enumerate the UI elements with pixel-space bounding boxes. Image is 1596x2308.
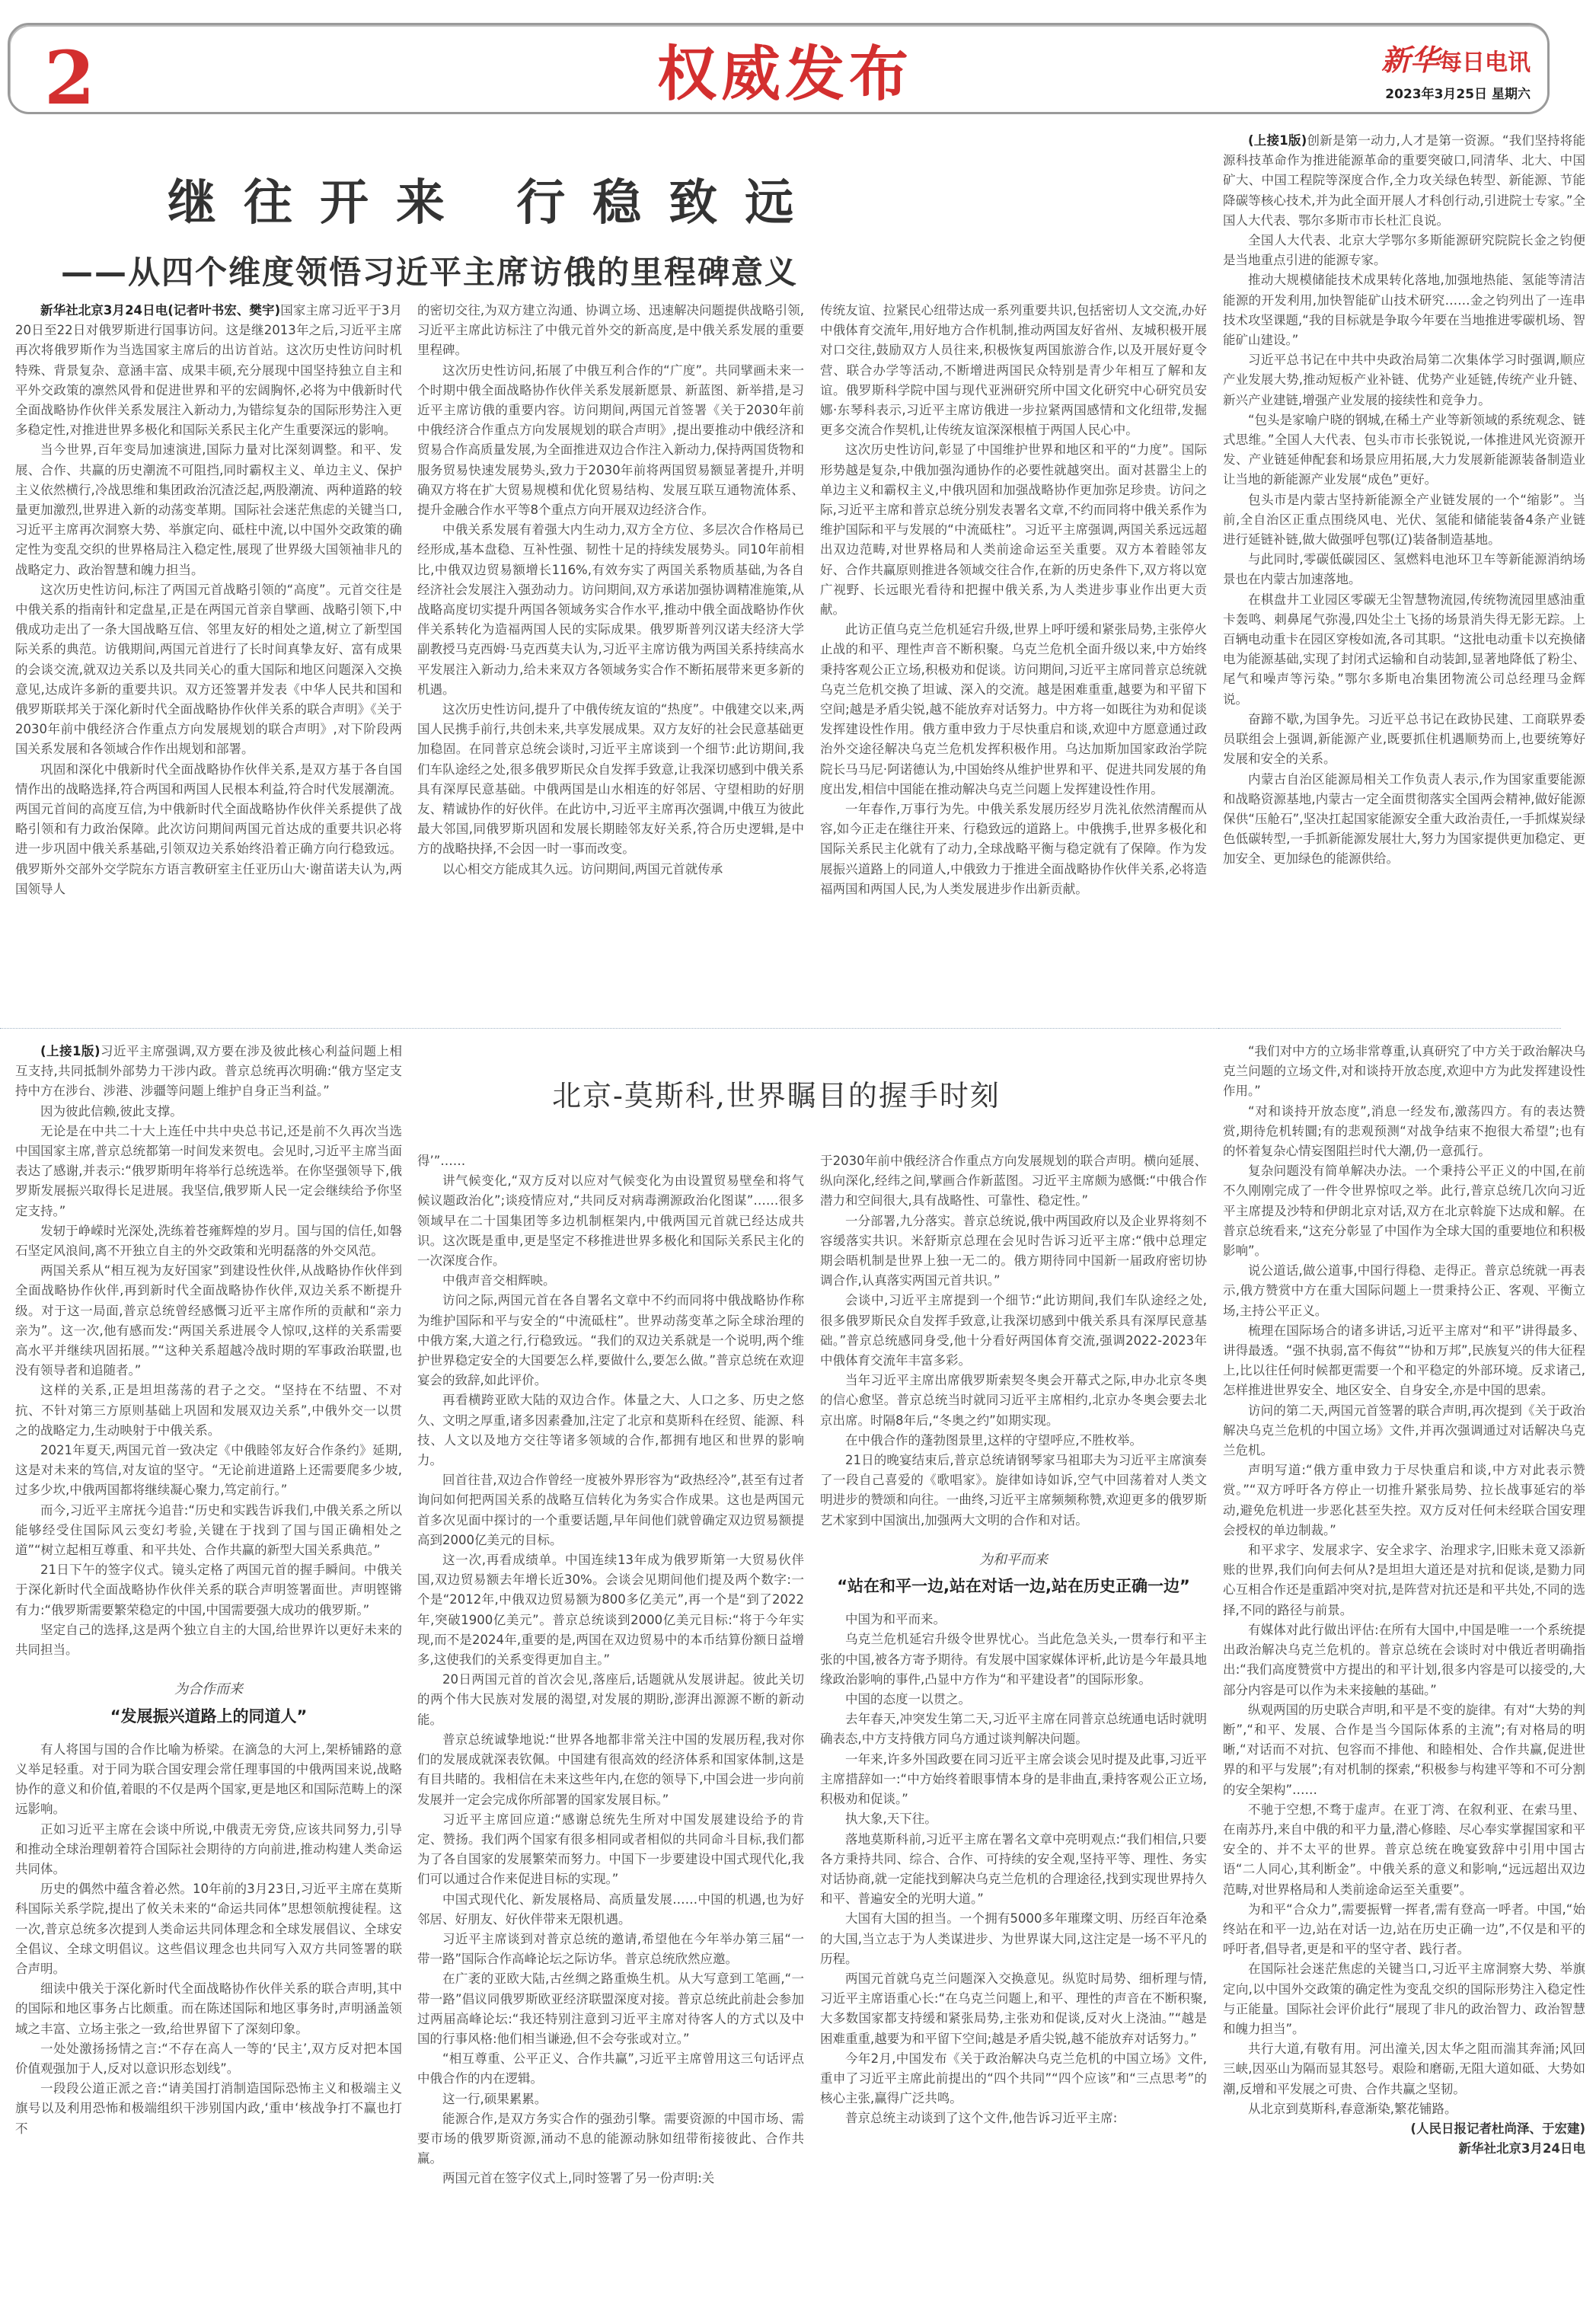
paragraph: 无论是在中共二十大上连任中共中央总书记,还是前不久再次当选中国国家主席,普京总统… <box>15 1122 402 1221</box>
reporter-byline: (人民日报记者杜尚泽、于宏建) <box>1223 2119 1585 2139</box>
paragraph: 两国关系从“相互视为友好国家”到建设性伙伴,从战略协作伙伴到全面战略协作伙伴,再… <box>15 1261 402 1381</box>
paragraph: 正如习近平主席在会谈中所说,中俄责无旁贷,应该共同努力,引导和推动全球治理朝着符… <box>15 1820 402 1880</box>
paragraph: 发轫于峥嵘时光深处,洗练着苍雍辉煌的岁月。国与国的信任,如磐石坚定风浪间,离不开… <box>15 1221 402 1261</box>
paragraph: 此访正值乌克兰危机延宕升级,世界上呼吁缓和紧张局势,主张停火止战的和平、理性声音… <box>820 620 1207 800</box>
section-kicker: 为合作而来 <box>15 1680 402 1700</box>
paragraph: 执大象,天下往。 <box>820 1809 1207 1829</box>
dateline-footer: 新华社北京3月24日电 <box>1223 2139 1585 2159</box>
paragraph: 21日的晚宴结束后,普京总统请钢琴家马祖耶夫为习近平主席演奏了一段自己喜爱的《歌… <box>820 1451 1207 1531</box>
paragraph: 得’”…… <box>417 1151 804 1171</box>
story2-column-2: 得’”…… 讲气候变化,“双方反对以应对气候变化为由设置贸易壁垒和将气候议题政治… <box>417 1151 804 2301</box>
brand-sub: 每日电讯 <box>1439 49 1531 76</box>
paragraph: 能源合作,是双方务实合作的强劲引擎。需要资源的中国市场、需要市场的俄罗斯资源,涌… <box>417 2109 804 2169</box>
section-divider <box>0 1028 1218 1029</box>
paragraph: 细读中俄关于深化新时代全面战略协作伙伴关系的联合声明,其中的国际和地区事务占比颇… <box>15 1979 402 2039</box>
paragraph: 有媒体对此行做出评估:在所有大国中,中国是唯一一个系统提出政治解决乌克兰危机的。… <box>1223 1620 1585 1700</box>
masthead: 2 权威发布 新华每日电讯 2023年3月25日 星期六 <box>8 23 1550 114</box>
section-kicker: 为和平而来 <box>820 1550 1207 1570</box>
paragraph: 乌克兰危机延宕升级令世界忧心。当此危急关头,一贯奉行和平主张的中国,被各方寄予期… <box>820 1630 1207 1690</box>
paragraph: 中俄关系发展有着强大内生动力,双方全方位、多层次合作格局已经形成,基本盘稳、互补… <box>417 520 804 700</box>
paragraph: 讲气候变化,“双方反对以应对气候变化为由设置贸易壁垒和将气候议题政治化”;谈疫情… <box>417 1171 804 1271</box>
paragraph: 因为彼此信赖,彼此支撑。 <box>15 1102 402 1122</box>
paragraph: 传统友谊、拉紧民心纽带达成一系列重要共识,包括密切人文交流,办好中俄体育交流年,… <box>820 301 1207 440</box>
paragraph: 21日下午的签字仪式。镜头定格了两国元首的握手瞬间。中俄关于深化新时代全面战略协… <box>15 1560 402 1620</box>
story2-headline: 北京-莫斯科,世界瞩目的握手时刻 <box>552 1072 1001 1114</box>
paragraph: 在广袤的亚欧大陆,古丝绸之路重焕生机。从大写意到工笔画,“一带一路”倡议同俄罗斯… <box>417 1969 804 2049</box>
paragraph: 一段段公道正派之音:“请美国打消制造国际恐怖主义和极端主义旗号以及利用恐怖和极端… <box>15 2079 402 2139</box>
paragraph: 而今,习近平主席抚今追昔:“历史和实践告诉我们,中俄关系之所以能够经受住国际风云… <box>15 1501 402 1561</box>
paragraph: 有人将国与国的合作比喻为桥梁。在滴急的大河上,架桥铺路的意义举足轻重。对于同为联… <box>15 1740 402 1820</box>
paragraph: 这一次,再看成绩单。中国连续13年成为俄罗斯第一大贸易伙伴国,双边贸易额去年增长… <box>417 1550 804 1670</box>
section-subhead: “站在和平一边,站在对话一边,站在历史正确一边” <box>820 1576 1207 1596</box>
story1-column-1: 新华社北京3月24日电(记者叶书宏、樊宇)国家主席习近平于3月20日至22日对俄… <box>15 301 402 998</box>
brand-main: 新华 <box>1381 43 1439 77</box>
paragraph: 落地莫斯科前,习近平主席在署名文章中亮明观点:“我们相信,只要各方秉持共同、综合… <box>820 1830 1207 1910</box>
paragraph: 一年春作,万事行为先。中俄关系发展历经岁月洗礼依然清醒而从容,如今正走在继往开来… <box>820 800 1207 899</box>
paragraph: 一分部署,九分落实。普京总统说,俄中两国政府以及企业界将刻不容缓落实共识。米舒斯… <box>820 1211 1207 1291</box>
dateline: 新华社北京3月24日电(记者叶书宏、樊宇) <box>40 303 280 318</box>
paragraph: 这一行,硕果累累。 <box>417 2089 804 2109</box>
paragraph: 历史的偶然中蕴含着必然。10年前的3月23日,习近平主席在莫斯科国际关系学院,提… <box>15 1879 402 1979</box>
brand-block: 新华每日电讯 2023年3月25日 星期六 <box>1381 37 1531 102</box>
paragraph: 在棋盘井工业园区零碳无尘智慧物流园,传统物流园里感油重卡轰鸣、刺鼻尾气弥漫,四处… <box>1223 590 1585 710</box>
paragraph: 共行大道,有敬有用。河出潼关,因太华之阻而湍其奔涌;风回三峡,因巫山为隔而显其怒… <box>1223 2039 1585 2099</box>
paragraph: 2021年夏天,两国元首一致决定《中俄睦邻友好合作条约》延期,这是对未来的笃信,… <box>15 1441 402 1501</box>
paragraph: 国家主席习近平于3月20日至22日对俄罗斯进行国事访问。这是继2013年之后,习… <box>15 303 402 437</box>
paragraph: “包头是家喻户晓的钢城,在稀土产业等新领域的系统观念、链式思维。”全国人大代表、… <box>1223 410 1585 490</box>
paragraph: 两国元首在签字仪式上,同时签署了另一份声明:关 <box>417 2169 804 2188</box>
paragraph: 中国的态度一以贯之。 <box>820 1690 1207 1709</box>
paragraph: 全国人大代表、北京大学鄂尔多斯能源研究院院长金之钧便是当地重点引进的能源专家。 <box>1223 231 1585 270</box>
paragraph: 会谈中,习近平主席提到一个细节:“此访期间,我们车队途经之处,很多俄罗斯民众自发… <box>820 1291 1207 1371</box>
paragraph: 在国际社会迷茫焦虑的关键当口,习近平主席洞察大势、举旗定向,以中国外交政策的确定… <box>1223 1959 1585 2039</box>
paragraph: 以心相交方能成其久远。访问期间,两国元首就传承 <box>417 860 804 879</box>
paragraph: 内蒙古自治区能源局相关工作负责人表示,作为国家重要能源和战略资源基地,内蒙古一定… <box>1223 770 1585 870</box>
paragraph: 大国有大国的担当。一个拥有5000多年璀璨文明、历经百年沧桑的大国,当立志于为人… <box>820 1909 1207 1969</box>
story1-column-3: 传统友谊、拉紧民心纽带达成一系列重要共识,包括密切人文交流,办好中俄体育交流年,… <box>820 301 1207 998</box>
paragraph: 回首往昔,双边合作曾经一度被外界形容为“政热经冷”,甚至有过者询问如何把两国关系… <box>417 1470 804 1550</box>
paragraph: 奋蹄不歇,为国争先。习近平总书记在政协民建、工商联界委员联组会上强调,新能源产业… <box>1223 710 1585 770</box>
continued-from-label: (上接1版) <box>1248 133 1307 148</box>
paragraph: 访问之际,两国元首在各自署名文章中不约而同将中俄战略协作称为维护国际和平与安全的… <box>417 1291 804 1390</box>
paragraph: 和平求字、发展求字、安全求字、治理求字,旧账未竟又添新账的世界,我们向何去何从?… <box>1223 1540 1585 1620</box>
continued-from-label: (上接1版) <box>40 1044 101 1058</box>
paragraph: 访问的第二天,两国元首签署的联合声明,再次提到《关于政治解决乌克兰危机的中国立场… <box>1223 1401 1585 1461</box>
paragraph: 20日两国元首的首次会见,落座后,话题就从发展讲起。彼此关切的两个伟大民族对发展… <box>417 1670 804 1730</box>
paragraph: 习近平主席谈到对普京总统的邀请,希望他在今年举办第三届“一带一路”国际合作高峰论… <box>417 1930 804 1969</box>
paragraph: 于2030年前中俄经济合作重点方向发展规划的联合声明。横向延展、纵向深化,经纬之… <box>820 1151 1207 1211</box>
sidebar-continued-article: (上接1版)创新是第一动力,人才是第一资源。“我们坚持将能源科技革命作为推进能源… <box>1223 131 1585 1022</box>
paragraph: “我们对中方的立场非常尊重,认真研究了中方关于政治解决乌克兰问题的立场文件,对和… <box>1223 1042 1585 1102</box>
paragraph: 当年习近平主席出席俄罗斯索契冬奥会开幕式之际,申办北京冬奥的信心愈坚。普京总统当… <box>820 1371 1207 1431</box>
paragraph: 去年春天,冲突发生第二天,习近平主席在同普京总统通电话时就明确表态,中方支持俄方… <box>820 1709 1207 1749</box>
paragraph: 习近平总书记在中共中央政治局第二次集体学习时强调,顺应产业发展大势,推动短板产业… <box>1223 350 1585 410</box>
section-divider <box>1218 1028 1561 1029</box>
issue-date: 2023年3月25日 星期六 <box>1381 83 1531 102</box>
paragraph: 中国为和平而来。 <box>820 1610 1207 1630</box>
paragraph: 一年来,许多外国政要在同习近平主席会谈会见时提及此事,习近平主席措辞如一:“中方… <box>820 1750 1207 1810</box>
paragraph: 纵观两国的历史联合声明,和平是不变的旋律。有对“大势的判断”,“和平、发展、合作… <box>1223 1700 1585 1800</box>
story1-column-2: 的密切交往,为双方建立沟通、协调立场、迅速解决问题提供战略引领,习近平主席此访标… <box>417 301 804 998</box>
paragraph: 中俄声音交相辉映。 <box>417 1271 804 1291</box>
brand-logo: 新华每日电讯 <box>1381 37 1531 78</box>
paragraph: 当今世界,百年变局加速演进,国际力量对比深刻调整。和平、发展、合作、共赢的历史潮… <box>15 440 402 579</box>
paragraph: 普京总统主动谈到了这个文件,他告诉习近平主席: <box>820 2108 1207 2128</box>
paragraph: 普京总统诚挚地说:“世界各地都非常关注中国的发展历程,我对你们的发展成就深表钦佩… <box>417 1730 804 1810</box>
paragraph: 说公道话,做公道事,中国行得稳、走得正。普京总统就一再表示,俄方赞赏中方在重大国… <box>1223 1261 1585 1321</box>
story1-subheadline: ——从四个维度领悟习近平主席访俄的里程碑意义 <box>61 247 798 293</box>
paragraph: 这次历史性访问,提升了中俄传统友谊的“热度”。中俄建交以来,两国人民携手前行,共… <box>417 700 804 860</box>
page-number: 2 <box>44 42 95 115</box>
paragraph: 坚定自己的选择,这是两个独立自主的大国,给世界许以更好未来的共同担当。 <box>15 1620 402 1660</box>
section-subhead: “发展振兴道路上的同道人” <box>15 1706 402 1726</box>
paragraph: “对和谈持开放态度”,消息一经发布,激荡四方。有的表达赞赏,期待危机转圜;有的悲… <box>1223 1102 1585 1162</box>
section-title: 权威发布 <box>657 40 913 109</box>
paragraph: 从北京到莫斯科,春意渐染,繁花铺路。 <box>1223 2099 1585 2119</box>
story1-headline: 继往开来 行稳致远 <box>168 164 821 234</box>
paragraph: 这次历史性访问,拓展了中俄互利合作的“广度”。共同擘画未来一个时期中俄全面战略协… <box>417 361 804 521</box>
paragraph: 为和平“合众力”,需要振臂一挥者,需有登高一呼者。中国,“始终站在和平一边,站在… <box>1223 1900 1585 1960</box>
paragraph: 复杂问题没有简单解决办法。一个秉持公平正义的中国,在前不久刚刚完成了一件令世界惊… <box>1223 1161 1585 1261</box>
paragraph: 两国元首就乌克兰问题深入交换意见。纵览时局势、细析理与情,习近平主席语重心长:“… <box>820 1969 1207 2049</box>
paragraph: 这次历史性访问,标注了两国元首战略引领的“高度”。元首交往是中俄关系的指南针和定… <box>15 580 402 760</box>
story2-column-4: “我们对中方的立场非常尊重,认真研究了中方关于政治解决乌克兰问题的立场文件,对和… <box>1223 1042 1585 2302</box>
paragraph: 中国式现代化、新发展格局、高质量发展……中国的机遇,也为好邻居、好朋友、好伙伴带… <box>417 1890 804 1930</box>
story2-column-1: (上接1版)习近平主席强调,双方要在涉及彼此核心利益问题上相互支持,共同抵制外部… <box>15 1042 402 2298</box>
paragraph: 不驰于空想,不骛于虚声。在亚丁湾、在叙利亚、在索马里、在南苏丹,来自中俄的和平力… <box>1223 1800 1585 1900</box>
paragraph: 在中俄合作的蓬勃图景里,这样的守望呼应,不胜枚举。 <box>820 1431 1207 1451</box>
paragraph: 这样的关系,正是坦坦荡荡的君子之交。“坚持在不结盟、不对抗、不针对第三方原则基础… <box>15 1381 402 1441</box>
paragraph: 的密切交往,为双方建立沟通、协调立场、迅速解决问题提供战略引领,习近平主席此访标… <box>417 301 804 361</box>
paragraph: 包头市是内蒙古坚持新能源全产业链发展的一个“缩影”。当前,全自治区正重点围绕风电… <box>1223 490 1585 551</box>
paragraph: 这次历史性访问,彰显了中国维护世界和地区和平的“力度”。国际形势越是复杂,中俄加… <box>820 440 1207 620</box>
paragraph: 一处处激扬扬情之言:“不存在高人一等的‘民主’,双方反对把本国价值观强加于人,反… <box>15 2039 402 2079</box>
paragraph: 推动大规模储能技术成果转化落地,加强地热能、氢能等清洁能源的开发利用,加快智能矿… <box>1223 270 1585 350</box>
paragraph: 再看横跨亚欧大陆的双边合作。体量之大、人口之多、历史之悠久、文明之厚重,诸多因素… <box>417 1390 804 1470</box>
paragraph: 与此同时,零碳低碳园区、氢燃料电池环卫车等新能源消纳场景也在内蒙古加速落地。 <box>1223 550 1585 589</box>
paragraph: 习近平主席回应道:“感谢总统先生所对中国发展建设给予的肯定、赞扬。我们两个国家有… <box>417 1810 804 1890</box>
story2-column-3: 于2030年前中俄经济合作重点方向发展规划的联合声明。横向延展、纵向深化,经纬之… <box>820 1151 1207 2301</box>
paragraph: 巩固和深化中俄新时代全面战略协作伙伴关系,是双方基于各自国情作出的战略选择,符合… <box>15 760 402 899</box>
paragraph: 梳理在国际场合的诸多讲话,习近平主席对“和平”讲得最多、讲得最透。“强不执弱,富… <box>1223 1321 1585 1401</box>
paragraph: 声明写道:“俄方重申致力于尽快重启和谈,中方对此表示赞赏。”“双方呼吁各方停止一… <box>1223 1460 1585 1540</box>
paragraph: 今年2月,中国发布《关于政治解决乌克兰危机的中国立场》文件,重申了习近平主席此前… <box>820 2049 1207 2109</box>
paragraph: “相互尊重、公平正义、合作共赢”,习近平主席曾用这三句话评点中俄合作的内在逻辑。 <box>417 2049 804 2089</box>
